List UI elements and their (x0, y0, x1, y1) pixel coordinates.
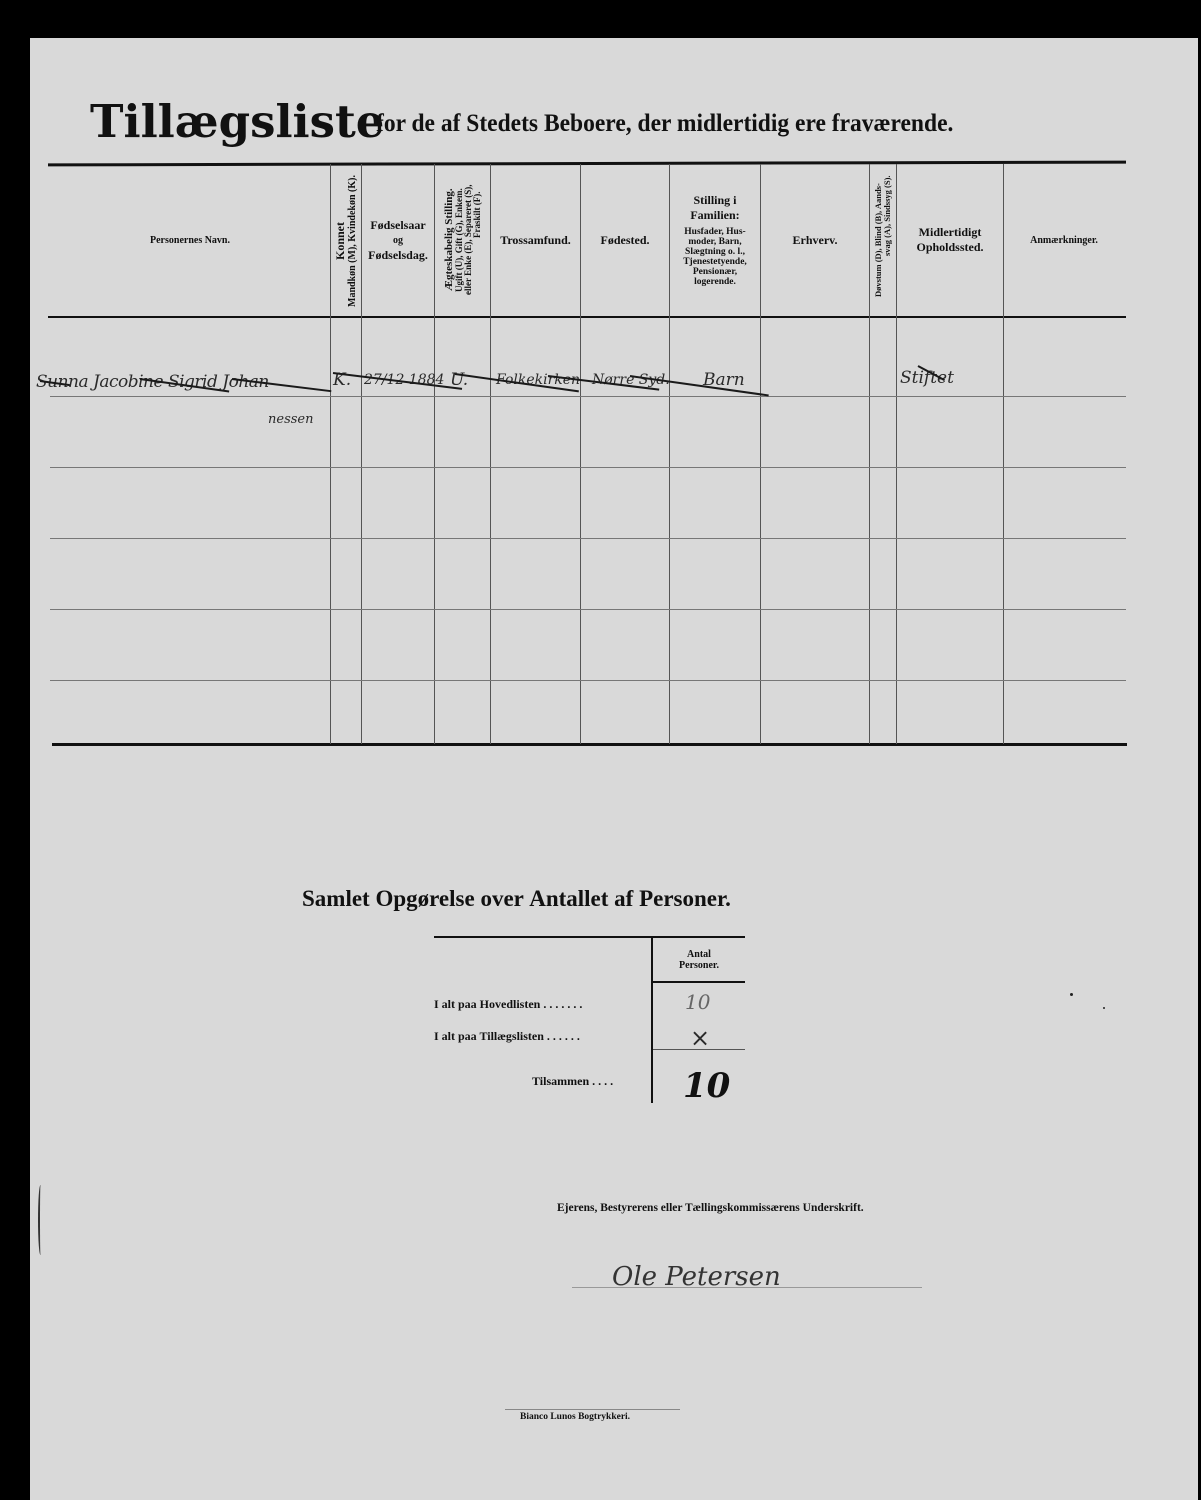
header-disability-line2: svag (A), Sindssyg (S). (883, 166, 892, 266)
header-family-position: Stilling i Familien: Husfader, Hus- mode… (670, 180, 760, 300)
summary-label-supplementary-list: I alt paa Tillægslisten . . . . . . (434, 1029, 580, 1043)
header-sex: Konnet Mandkøn (M), Kvindekøn (K). (331, 168, 361, 314)
summary-top-rule (434, 936, 745, 938)
cell-name-continued: nessen (268, 412, 313, 427)
summary-value-total: 10 (683, 1066, 730, 1106)
header-family-line7: Pensionær, (693, 267, 737, 277)
header-birth-line2: og (393, 233, 403, 248)
paper-speck (1070, 993, 1073, 996)
header-marital-line1: Ægteskabelig Stilling. (444, 166, 455, 314)
signature-line (572, 1287, 922, 1288)
header-family-line4: moder, Barn, (688, 237, 741, 247)
table-bottom-rule (52, 743, 1127, 746)
summary-title-bold: Antallet af Personer. (529, 886, 731, 911)
summary-header-rule (653, 981, 745, 983)
header-marital: Ægteskabelig Stilling. Ugift (U), Gift (… (435, 166, 490, 314)
row-divider (50, 538, 1126, 539)
document-title: Tillægsliste (90, 96, 384, 148)
header-family-line3: Husfader, Hus- (684, 227, 745, 237)
header-temp-residence: Midlertidigt Opholdssted. (897, 165, 1003, 315)
binding-mark (38, 1185, 43, 1255)
header-temp-line2: Opholdssted. (916, 240, 983, 255)
header-family-line1: Stilling i (693, 193, 736, 208)
header-birth-line1: Fødselsaar (370, 218, 425, 233)
summary-header-line2: Personer. (679, 960, 719, 971)
header-birth-line3: Fødselsdag. (368, 248, 428, 263)
header-remarks: Anmærkninger. (1004, 165, 1124, 315)
header-sex-line1: Konnet (335, 168, 346, 314)
header-family-line8: logerende. (694, 277, 736, 287)
header-marital-line3: eller Enke (E), Separeret (S), (464, 166, 473, 314)
header-disability: Døvstum (D), Blind (B), Aands- svag (A),… (870, 166, 896, 314)
summary-value-supplementary-list: × (690, 1024, 710, 1052)
header-name: Personernes Navn. (50, 165, 330, 315)
header-marital-line4: Fraskilt (F). (473, 170, 482, 260)
printer-rule (505, 1409, 680, 1410)
signature-label: Ejerens, Bestyrerens eller Tællingskommi… (557, 1202, 864, 1214)
summary-column-header: Antal Personer. (653, 940, 745, 980)
subtitle-plain: for de af Stedets Beboere, der midlertid… (376, 110, 832, 137)
summary-title-plain: Samlet Opgørelse over (302, 886, 529, 911)
header-birthplace: Fødested. (581, 165, 669, 315)
row-divider (50, 467, 1126, 468)
summary-label-main-list: I alt paa Hovedlisten . . . . . . . (434, 997, 582, 1011)
header-occupation: Erhverv. (761, 165, 869, 315)
header-family-line5: Slægtning o. l., (685, 247, 745, 257)
subtitle-bold: fraværende. (832, 110, 954, 137)
header-religion: Trossamfund. (491, 165, 580, 315)
summary-label-total: Tilsammen . . . . (532, 1074, 613, 1088)
header-birth: Fødselsaar og Fødselsdag. (362, 165, 434, 315)
header-bottom-rule (48, 316, 1126, 318)
row-divider (50, 609, 1126, 610)
document-subtitle: for de af Stedets Beboere, der midlertid… (376, 108, 953, 140)
header-family-line2: Familien: (690, 208, 739, 223)
cell-name: Sunna Jacobine Sigrid Johan (36, 372, 269, 392)
paper-speck (1103, 1007, 1105, 1009)
header-sex-line2: Mandkøn (M), Kvindekøn (K). (347, 168, 358, 314)
row-divider (50, 396, 1126, 397)
summary-title: Samlet Opgørelse over Antallet af Person… (302, 884, 731, 914)
header-family-line6: Tjenestetyende, (683, 257, 747, 267)
summary-value-main-list: 10 (685, 990, 710, 1014)
summary-header-line1: Antal (687, 949, 711, 960)
printer-imprint: Bianco Lunos Bogtrykkeri. (520, 1412, 630, 1422)
row-divider (50, 680, 1126, 681)
header-temp-line1: Midlertidigt (919, 225, 982, 240)
